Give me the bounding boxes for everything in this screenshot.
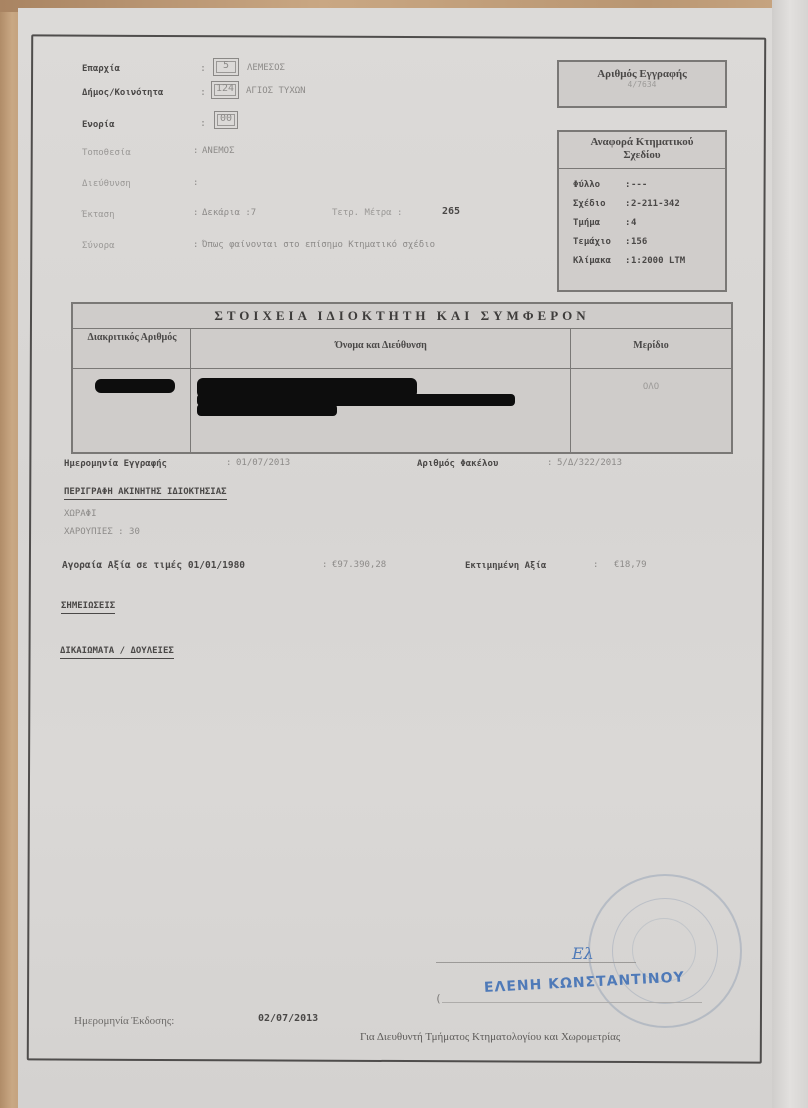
ektasi-label: Έκταση [82, 210, 115, 220]
notes-heading: ΣΗΜΕΙΩΣΕΙΣ [61, 601, 115, 614]
owner-table-title: ΣΤΟΙΧΕΙΑ ΙΔΙΟΚΤΗΤΗ ΚΑΙ ΣΥΜΦΕΡΟΝ [73, 308, 731, 324]
issue-date-value: 02/07/2013 [258, 1013, 318, 1024]
estimated-value-label: Εκτιμημένη Αξία [465, 561, 546, 571]
dimos-code-box: 124 [211, 81, 239, 99]
cadastral-ref-value: 4 [631, 218, 636, 228]
property-trees: ΧΑΡΟΥΠΙΕΣ : 30 [64, 527, 140, 537]
cadastral-ref-label: Τμήμα [573, 218, 600, 228]
ektasi-value: Δεκάρια :7 [202, 208, 256, 218]
colon: : [200, 63, 206, 74]
cadastral-ref-value: 2-211-342 [631, 199, 680, 209]
topothesia-value: ΑΝΕΜΟΣ [202, 146, 235, 156]
dimos-value: ΑΓΙΟΣ ΤΥΧΩΝ [246, 86, 306, 96]
dieuthynsi-label: Διεύθυνση [82, 179, 131, 189]
registration-number-title: Αριθμός Εγγραφής [559, 68, 725, 80]
column-header-id: Διακριτικός Αριθμός [79, 332, 185, 344]
sqm-value: 265 [442, 206, 460, 217]
signature-line [436, 962, 636, 963]
signature-caption: Για Διευθυντή Τμήματος Κτηματολογίου και… [360, 1031, 620, 1043]
issue-date-label: Ημερομηνία Έκδοσης: [74, 1015, 174, 1027]
eparchia-label: Επαρχία [82, 64, 120, 74]
cadastral-ref-value: 156 [631, 237, 647, 247]
property-type: ΧΩΡΑΦΙ [64, 509, 97, 519]
registration-date-value: 01/07/2013 [236, 458, 290, 468]
registration-number-box: Αριθμός Εγγραφής 4/7634 [557, 60, 727, 108]
market-value-label: Αγοραία Αξία σε τιμές 01/01/1980 [62, 560, 245, 571]
property-description-heading: ΠΕΡΙΓΡΑΦΗ ΑΚΙΝΗΤΗΣ ΙΔΙΟΚΤΗΣΙΑΣ [64, 487, 227, 500]
enoria-label: Ενορία [82, 120, 115, 130]
registration-date-label: Ημερομηνία Εγγραφής [64, 459, 167, 469]
redacted-id [95, 379, 175, 393]
dimos-label: Δήμος/Κοινότητα [82, 88, 163, 98]
file-number-label: Αριθμός Φακέλου [417, 459, 498, 469]
sqm-label: Τετρ. Μέτρα : [332, 208, 402, 218]
cadastral-ref-label: Τεμάχιο [573, 237, 611, 247]
share-value: ΟΛΟ [571, 382, 731, 392]
eparchia-value: ΛΕΜΕΣΟΣ [247, 63, 285, 73]
cadastral-ref-label: Κλίμακα [573, 256, 611, 266]
cadastral-ref-value: 1:2000 LTM [631, 256, 685, 266]
file-number-value: 5/Δ/322/2013 [557, 458, 622, 468]
synora-value: Όπως φαίνονται στο επίσημο Κτηματικό σχέ… [202, 240, 435, 250]
page-edge [772, 0, 808, 1108]
estimated-value: €18,79 [614, 560, 647, 570]
cadastral-reference-title: Αναφορά Κτηματικού [559, 136, 725, 148]
cadastral-ref-label: Σχέδιο [573, 199, 606, 209]
owner-table: ΣΤΟΙΧΕΙΑ ΙΔΙΟΚΤΗΤΗ ΚΑΙ ΣΥΜΦΕΡΟΝ Διακριτι… [71, 302, 733, 454]
market-value: €97.390,28 [332, 560, 386, 570]
registration-number-value: 4/7634 [559, 80, 725, 89]
cadastral-reference-box: Αναφορά Κτηματικού Σχεδίου Φύλλο---:Σχέδ… [557, 130, 727, 292]
eparchia-code-box: 5 [213, 58, 239, 76]
official-stamp [588, 874, 742, 1028]
column-header-share: Μερίδιο [571, 340, 731, 351]
cadastral-ref-label: Φύλλο [573, 180, 600, 190]
enoria-code-box: 00 [214, 111, 238, 129]
topothesia-label: Τοποθεσία [82, 148, 131, 158]
synora-label: Σύνορα [82, 241, 115, 251]
rights-heading: ΔΙΚΑΙΩΜΑΤΑ / ΔΟΥΛΕΙΕΣ [60, 646, 174, 659]
cadastral-ref-value: --- [631, 180, 647, 190]
column-header-name-address: Όνομα και Διεύθυνση [191, 340, 571, 351]
signature-initials: Ελ [572, 944, 594, 963]
